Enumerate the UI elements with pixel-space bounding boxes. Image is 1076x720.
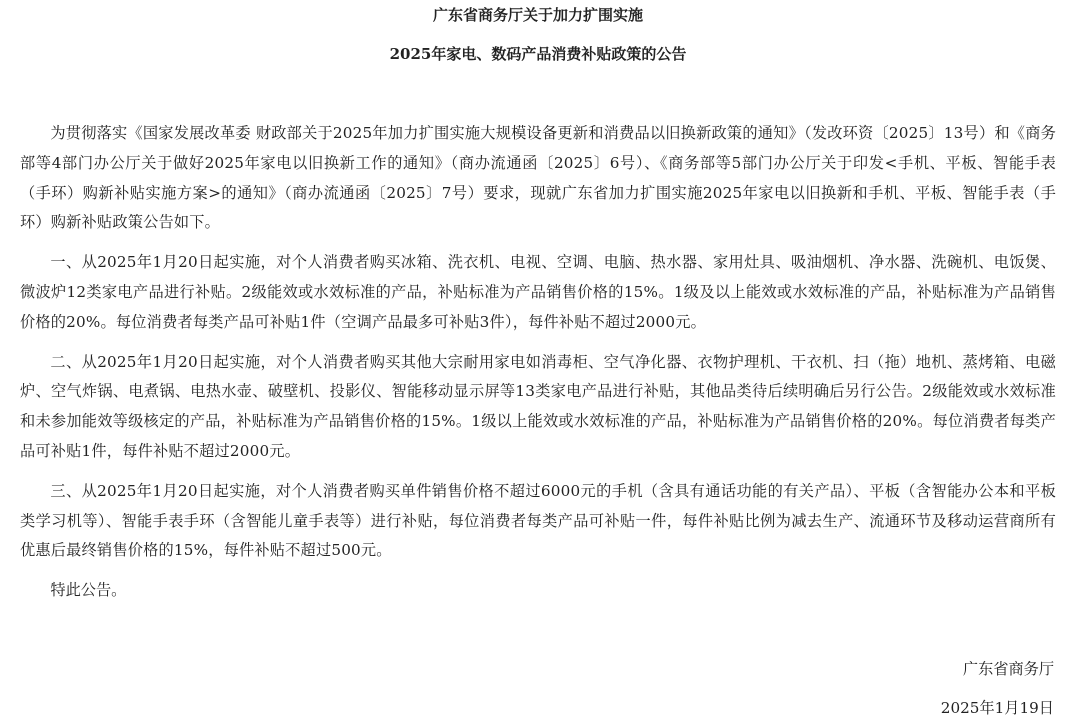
announcement-document: 广东省商务厅关于加力扩围实施 2025年家电、数码产品消费补贴政策的公告 为贯彻… <box>0 0 1076 720</box>
signature-date: 2025年1月19日 <box>941 697 1054 718</box>
document-title-line-1: 广东省商务厅关于加力扩围实施 <box>0 4 1076 25</box>
paragraph-item-2: 二、从2025年1月20日起实施，对个人消费者购买其他大宗耐用家电如消毒柜、空气… <box>20 348 1056 467</box>
document-title-line-2: 2025年家电、数码产品消费补贴政策的公告 <box>0 43 1076 64</box>
document-body: 为贯彻落实《国家发展改革委 财政部关于2025年加力扩围实施大规模设备更新和消费… <box>20 119 1056 576</box>
paragraph-item-1: 一、从2025年1月20日起实施，对个人消费者购买冰箱、洗衣机、电视、空调、电脑… <box>20 248 1056 337</box>
closing-statement: 特此公告。 <box>20 576 126 606</box>
paragraph-item-3: 三、从2025年1月20日起实施，对个人消费者购买单件销售价格不超过6000元的… <box>20 477 1056 566</box>
signature-organization: 广东省商务厅 <box>963 658 1054 679</box>
paragraph-preamble: 为贯彻落实《国家发展改革委 财政部关于2025年加力扩围实施大规模设备更新和消费… <box>20 119 1056 238</box>
